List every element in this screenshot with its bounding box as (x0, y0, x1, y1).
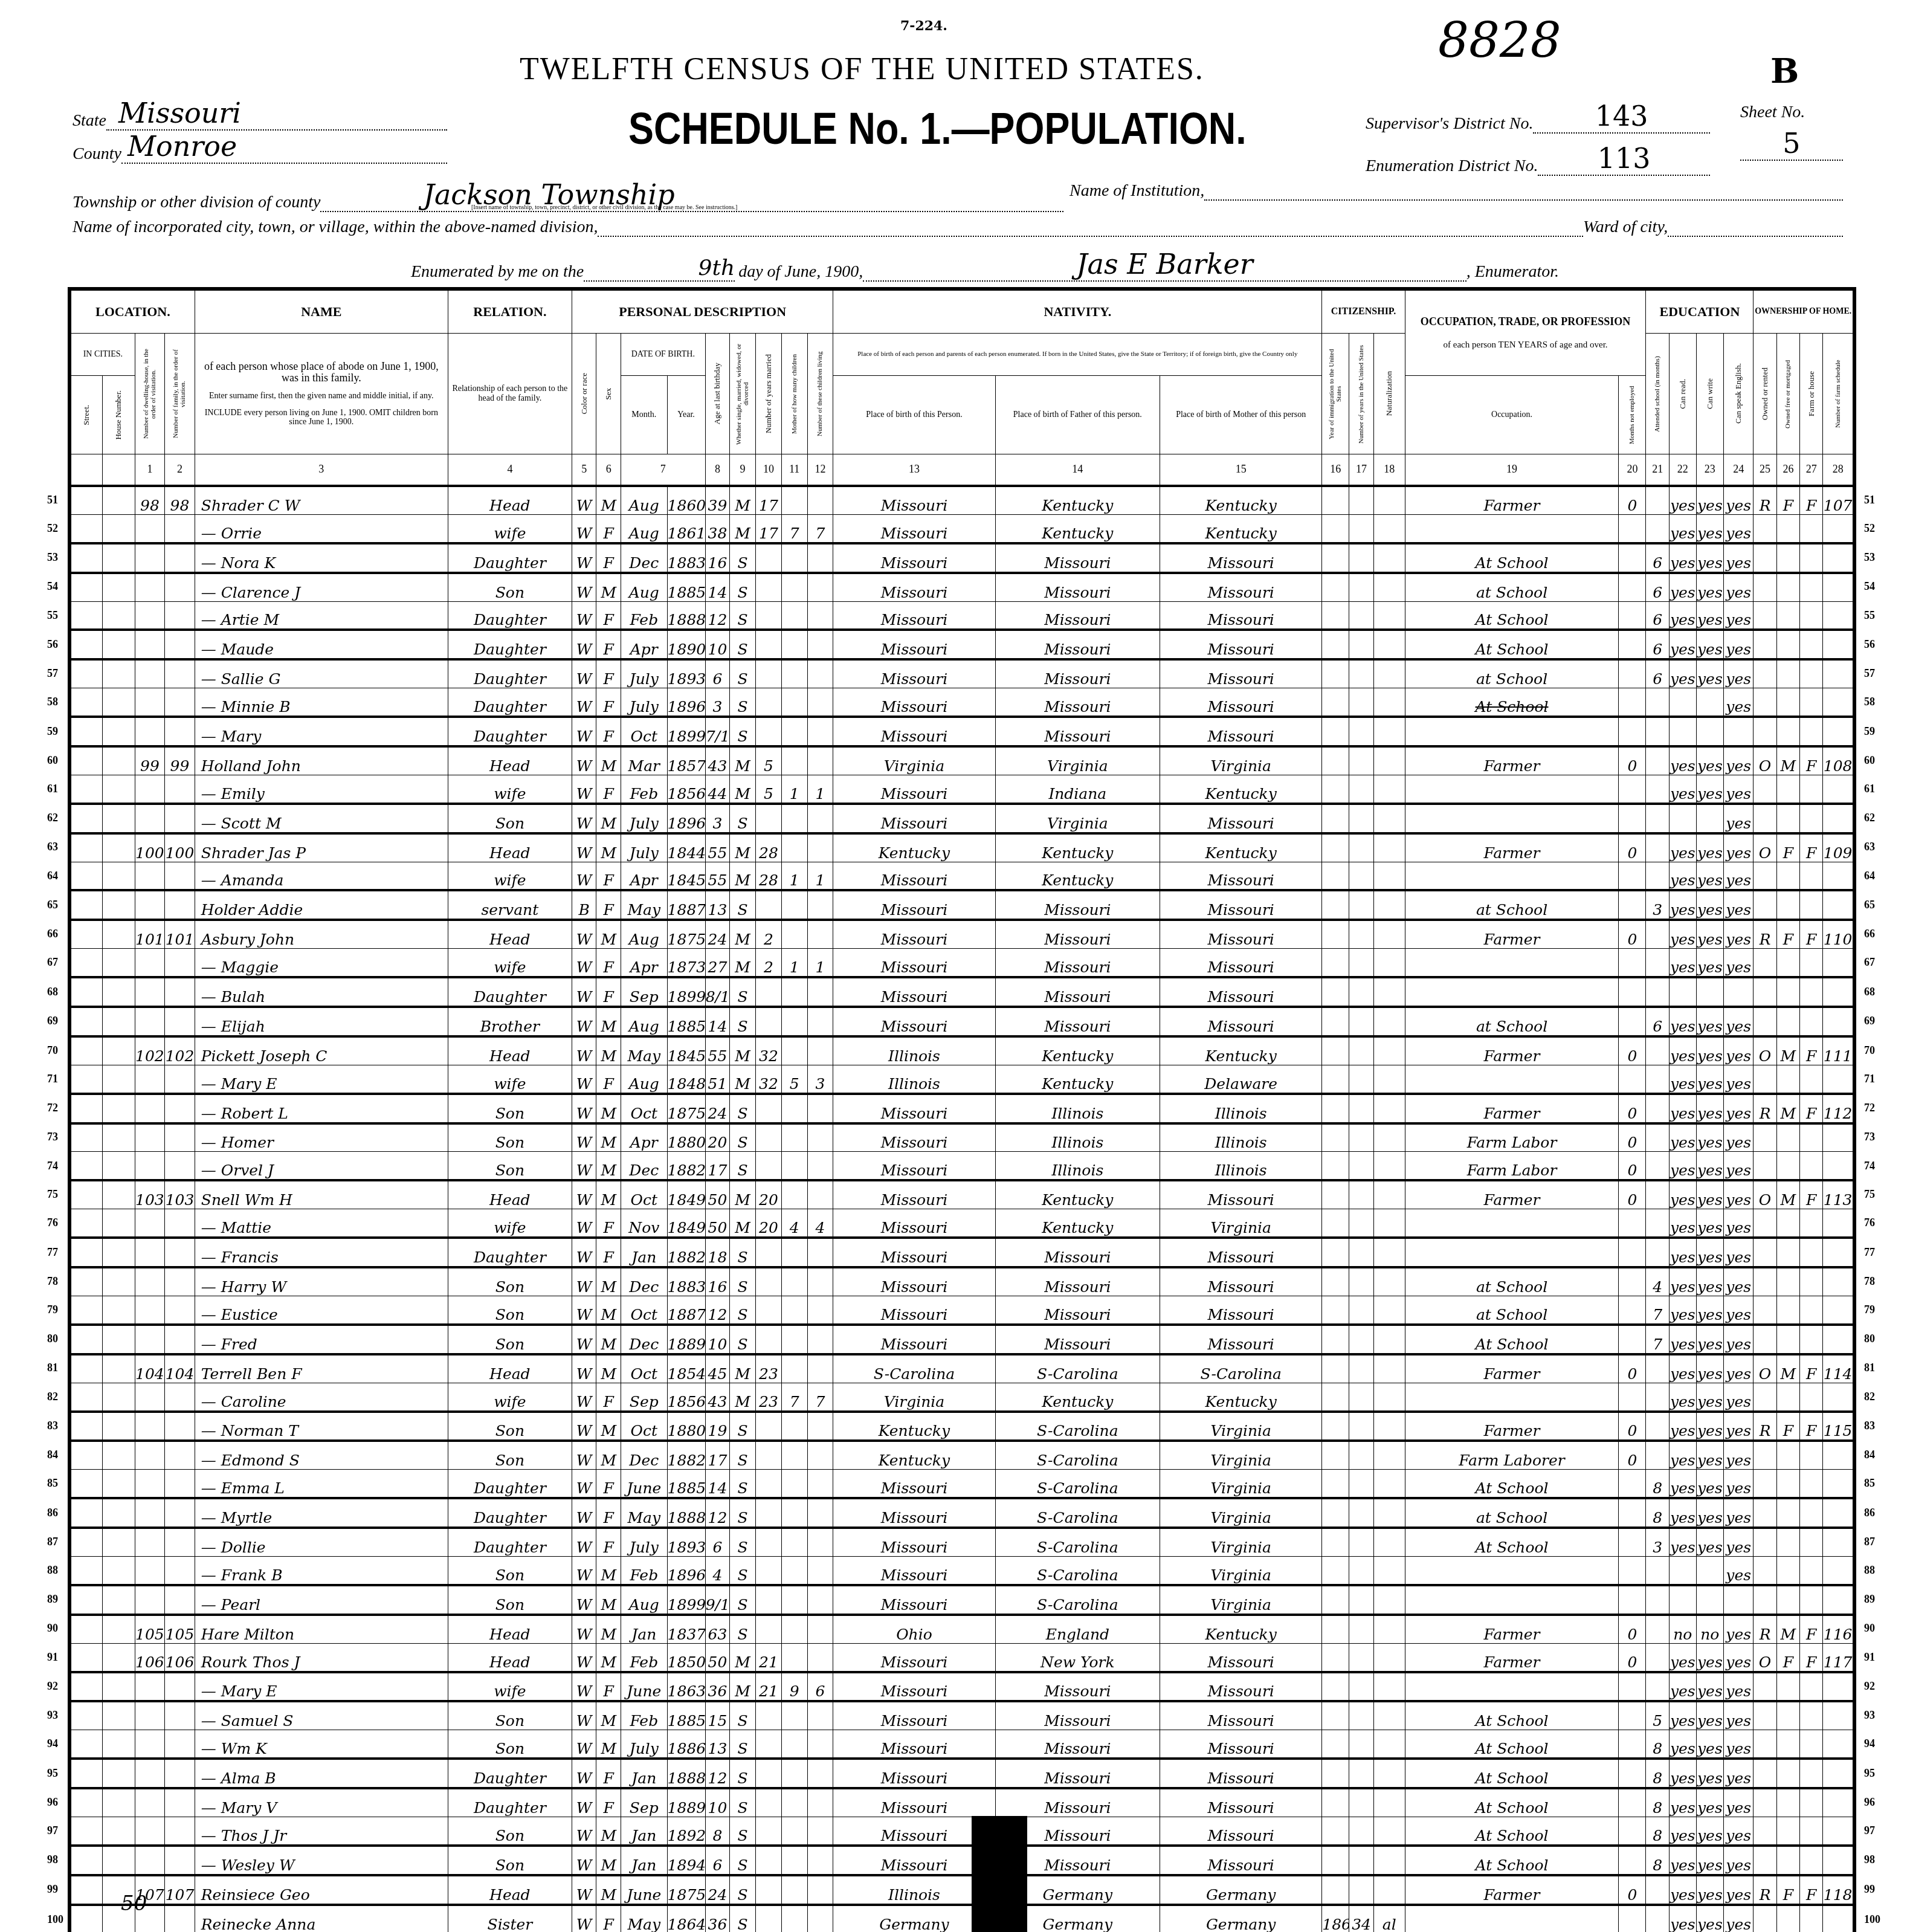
can-write-cell: yes (1696, 1383, 1723, 1411)
occupation-cell: Farmer (1405, 1036, 1619, 1065)
birthplace-father-cell: Kentucky (995, 486, 1160, 514)
months-in-school-cell: 8 (1646, 1846, 1669, 1875)
birthplace-person-cell: Kentucky (833, 1412, 995, 1441)
can-speak-english-cell: yes (1723, 1152, 1754, 1180)
house-number-cell (102, 1065, 135, 1093)
line-number: 74 (47, 1160, 58, 1172)
naturalization-cell (1373, 804, 1405, 833)
table-row: — Clarence JSonWMAug188514SMissouriMisso… (69, 573, 1854, 601)
table-row: — MattiewifeWFNov184950M2044MissouriKent… (69, 1209, 1854, 1238)
owned-rented-cell (1754, 1528, 1776, 1556)
age-cell: 16 (705, 543, 730, 573)
enumerator-name: Jas E Barker (863, 248, 1466, 282)
months-in-school-cell (1646, 862, 1669, 890)
owned-rented-cell (1754, 601, 1776, 630)
can-speak-english-cell: yes (1723, 1528, 1754, 1556)
can-speak-english-cell: yes (1723, 1065, 1754, 1093)
dwelling-number-cell: 103 (135, 1180, 165, 1209)
farm-schedule-number-cell: 116 (1823, 1615, 1854, 1643)
occupation-cell: At School (1405, 630, 1619, 659)
farm-schedule-number-cell (1823, 1556, 1854, 1585)
dwelling-number-cell (135, 1123, 165, 1152)
birthplace-mother-cell: Virginia (1160, 1441, 1322, 1469)
can-speak-english-cell: yes (1723, 543, 1754, 573)
person-name-cell: — Samuel S (195, 1701, 448, 1730)
line-number: 76 (47, 1216, 58, 1229)
birthplace-father-cell: Kentucky (995, 1036, 1160, 1065)
years-married-cell (756, 804, 782, 833)
naturalization-cell (1373, 1788, 1405, 1817)
birthplace-mother-cell: Missouri (1160, 1296, 1322, 1324)
line-number: 56 (47, 638, 58, 651)
age-cell: 14 (705, 1007, 730, 1036)
occupation-cell: Farmer (1405, 1615, 1619, 1643)
family-number-cell (165, 1788, 195, 1817)
years-in-us-cell (1349, 1441, 1374, 1469)
line-number: 75 (47, 1188, 58, 1201)
free-mortgaged-cell (1776, 688, 1799, 717)
farm-house-cell (1800, 659, 1823, 688)
naturalization-cell (1373, 573, 1405, 601)
person-name-cell: — Fred (195, 1325, 448, 1354)
line-number: 58 (1864, 696, 1875, 708)
occupation-cell (1405, 1383, 1619, 1411)
color-race-cell: W (572, 1905, 596, 1932)
person-name-cell: Pickett Joseph C (195, 1036, 448, 1065)
birth-month-cell: June (621, 1875, 667, 1905)
color-race-cell: W (572, 514, 596, 543)
occupation-cell (1405, 862, 1619, 890)
farm-house-cell (1800, 1238, 1823, 1267)
free-mortgaged-cell: F (1776, 486, 1799, 514)
immigration-year-cell (1322, 601, 1349, 630)
birth-month-cell: June (621, 1672, 667, 1702)
street-cell (69, 862, 102, 890)
free-mortgaged-cell: M (1776, 1036, 1799, 1065)
age-cell: 15 (705, 1701, 730, 1730)
birth-year-cell: 1875 (667, 1094, 705, 1123)
birthplace-mother-cell: Missouri (1160, 659, 1322, 688)
birth-month-cell: Aug (621, 1007, 667, 1036)
mother-of-children-cell (781, 746, 807, 775)
years-in-us-cell (1349, 1412, 1374, 1441)
months-in-school-cell (1646, 920, 1669, 948)
table-row: — Nora KDaughterWFDec188316SMissouriMiss… (69, 543, 1854, 573)
birthplace-father-cell: Missouri (995, 543, 1160, 573)
can-write-cell: yes (1696, 746, 1723, 775)
table-row: — Orvel JSonWMDec188217SMissouriIllinois… (69, 1152, 1854, 1180)
table-row: 105105Hare MiltonHeadWMJan183763SOhioEng… (69, 1615, 1854, 1643)
relation-cell: Son (448, 1123, 572, 1152)
age-cell: 43 (705, 1383, 730, 1411)
column-number (102, 454, 135, 486)
age-cell: 50 (705, 1209, 730, 1238)
children-living-cell (807, 1817, 833, 1845)
years-married-cell (756, 601, 782, 630)
can-write-cell: yes (1696, 775, 1723, 803)
marital-status-cell: S (730, 1528, 756, 1556)
birthplace-mother-cell: Kentucky (1160, 1615, 1322, 1643)
relation-cell: Son (448, 1585, 572, 1615)
line-number: 73 (1864, 1131, 1875, 1143)
color-race-cell: W (572, 1441, 596, 1469)
owned-rented-cell (1754, 1817, 1776, 1845)
can-read-cell: yes (1669, 486, 1696, 514)
occupation-cell: at School (1405, 659, 1619, 688)
years-in-us-cell (1349, 630, 1374, 659)
nativity-desc: Place of birth of each person and parent… (833, 334, 1322, 376)
children-living-cell (807, 543, 833, 573)
farm-house-cell (1800, 1817, 1823, 1845)
birth-month-cell: Aug (621, 1585, 667, 1615)
naturalization-cell (1373, 1354, 1405, 1383)
months-unemployed-cell (1619, 1296, 1646, 1324)
mother-of-children-cell (781, 890, 807, 920)
house-number-cell (102, 862, 135, 890)
marital-status-cell: S (730, 688, 756, 717)
age-cell: 16 (705, 1267, 730, 1296)
immigration-year-cell (1322, 486, 1349, 514)
birthplace-person-cell: Missouri (833, 514, 995, 543)
naturalization-cell (1373, 1470, 1405, 1498)
free-mortgaged-cell (1776, 1730, 1799, 1759)
farm-schedule-number-cell (1823, 1238, 1854, 1267)
color-race-cell: W (572, 1615, 596, 1643)
marital-status-cell: S (730, 1238, 756, 1267)
can-speak-english-cell: yes (1723, 1238, 1754, 1267)
naturalization-cell (1373, 486, 1405, 514)
street-cell (69, 514, 102, 543)
table-row: — MaudeDaughterWFApr189010SMissouriMisso… (69, 630, 1854, 659)
free-mortgaged-cell: F (1776, 1875, 1799, 1905)
can-write-cell: yes (1696, 573, 1723, 601)
farm-schedule-number-cell (1823, 601, 1854, 630)
years-married-cell (756, 1759, 782, 1788)
owned-rented-cell: R (1754, 486, 1776, 514)
can-write-header: Can write (1706, 378, 1714, 409)
age-cell: 36 (705, 1905, 730, 1932)
relation-cell: Head (448, 1875, 572, 1905)
can-write-cell: yes (1696, 1180, 1723, 1209)
birth-year-cell: 1890 (667, 630, 705, 659)
months-in-school-cell (1646, 1585, 1669, 1615)
person-name-cell: — Minnie B (195, 688, 448, 717)
dwelling-number-cell (135, 1788, 165, 1817)
children-living-cell (807, 1470, 833, 1498)
can-read-cell: yes (1669, 1383, 1696, 1411)
owned-rented-cell (1754, 1846, 1776, 1875)
relation-cell: Son (448, 1267, 572, 1296)
house-number-cell (102, 1528, 135, 1556)
birthplace-person-cell: Missouri (833, 1180, 995, 1209)
can-read-cell: yes (1669, 1036, 1696, 1065)
farm-schedule-number-cell (1823, 890, 1854, 920)
immigration-year-cell (1322, 1788, 1349, 1817)
naturalization-cell (1373, 775, 1405, 803)
dwelling-number-cell (135, 1498, 165, 1528)
years-married-cell: 17 (756, 486, 782, 514)
owned-rented-cell (1754, 630, 1776, 659)
page-mark: 50 (121, 1892, 147, 1916)
years-married-cell (756, 1846, 782, 1875)
can-write-cell: yes (1696, 1065, 1723, 1093)
birthplace-mother-cell: Kentucky (1160, 486, 1322, 514)
person-name-cell: Terrell Ben F (195, 1354, 448, 1383)
month-header: Month. (621, 376, 667, 454)
relation-cell: Head (448, 1036, 572, 1065)
dwelling-number-cell (135, 1267, 165, 1296)
children-living-cell (807, 1730, 833, 1759)
age-cell: 9/12 (705, 1585, 730, 1615)
can-speak-english-cell: yes (1723, 1470, 1754, 1498)
relation-cell: Daughter (448, 601, 572, 630)
years-married-cell (756, 1007, 782, 1036)
table-row: — Samuel SSonWMFeb188515SMissouriMissour… (69, 1701, 1854, 1730)
free-mortgaged-cell (1776, 977, 1799, 1007)
person-name-cell: — Dollie (195, 1528, 448, 1556)
color-race-cell: W (572, 1875, 596, 1905)
years-married-cell (756, 1701, 782, 1730)
mother-of-children-cell (781, 1846, 807, 1875)
can-speak-english-cell: yes (1723, 573, 1754, 601)
dwelling-number-cell (135, 1152, 165, 1180)
color-race-cell: W (572, 1470, 596, 1498)
free-mortgaged-cell (1776, 717, 1799, 746)
occupation-cell (1405, 804, 1619, 833)
relation-cell: Son (448, 1412, 572, 1441)
naturalization-cell (1373, 688, 1405, 717)
color-race-cell: W (572, 1065, 596, 1093)
birth-year-cell: 1856 (667, 1383, 705, 1411)
mother-of-children-cell (781, 1296, 807, 1324)
birthplace-father-cell: New York (995, 1643, 1160, 1672)
birthplace-mother-cell: Missouri (1160, 573, 1322, 601)
birth-year-cell: 1896 (667, 1556, 705, 1585)
line-number: 70 (1864, 1044, 1875, 1057)
line-number: 95 (1864, 1767, 1875, 1780)
street-cell (69, 949, 102, 977)
birthplace-father-cell: Missouri (995, 1267, 1160, 1296)
census-title: TWELFTH CENSUS OF THE UNITED STATES. (520, 51, 1204, 87)
can-read-cell: yes (1669, 543, 1696, 573)
birth-year-cell: 1863 (667, 1672, 705, 1702)
can-read-cell: yes (1669, 1209, 1696, 1238)
age-cell: 51 (705, 1065, 730, 1093)
family-number-cell (165, 717, 195, 746)
immigration-year-cell (1322, 920, 1349, 948)
street-cell (69, 1383, 102, 1411)
can-write-cell: yes (1696, 1470, 1723, 1498)
line-number: 67 (1864, 956, 1875, 969)
relation-cell: Daughter (448, 1788, 572, 1817)
months-in-school-cell (1646, 688, 1669, 717)
months-unemployed-cell (1619, 1238, 1646, 1267)
mother-of-children-cell (781, 573, 807, 601)
children-living-cell (807, 890, 833, 920)
sex-cell: M (596, 1180, 621, 1209)
street-cell (69, 1007, 102, 1036)
birthplace-father-cell: S-Carolina (995, 1470, 1160, 1498)
birthplace-person-cell: Missouri (833, 1817, 995, 1845)
can-read-cell (1669, 717, 1696, 746)
can-read-cell: yes (1669, 862, 1696, 890)
sex-cell: F (596, 977, 621, 1007)
line-number: 61 (47, 783, 58, 795)
immigration-year-cell (1322, 1470, 1349, 1498)
dwelling-number-cell (135, 1065, 165, 1093)
institution-value (1204, 183, 1843, 201)
owned-rented-cell (1754, 1470, 1776, 1498)
children-living-cell (807, 1875, 833, 1905)
birthplace-person-cell: Missouri (833, 862, 995, 890)
farm-house-cell (1800, 1123, 1823, 1152)
mother-of-children-cell (781, 1759, 807, 1788)
line-number: 83 (47, 1420, 58, 1432)
family-number-cell (165, 543, 195, 573)
birthplace-father-cell: Missouri (995, 1788, 1160, 1817)
color-race-cell: W (572, 1759, 596, 1788)
line-number: 52 (47, 522, 58, 535)
dwelling-number-cell (135, 1528, 165, 1556)
sex-cell: M (596, 1585, 621, 1615)
dwelling-header: Number of dwelling-house, in the order o… (143, 346, 157, 442)
family-number-cell (165, 1759, 195, 1788)
years-in-us-cell (1349, 1296, 1374, 1324)
occupation-cell (1405, 977, 1619, 1007)
years-in-us-cell (1349, 543, 1374, 573)
years-in-us-cell (1349, 659, 1374, 688)
can-read-cell: yes (1669, 1354, 1696, 1383)
family-number-cell: 105 (165, 1615, 195, 1643)
line-number: 72 (47, 1102, 58, 1114)
birth-month-cell: Oct (621, 717, 667, 746)
column-number: 10 (756, 454, 782, 486)
years-in-us-cell (1349, 1470, 1374, 1498)
birthplace-person-cell: Missouri (833, 1585, 995, 1615)
color-race-cell: W (572, 573, 596, 601)
marital-status-cell: M (730, 1672, 756, 1702)
birthplace-mother-cell: Virginia (1160, 1209, 1322, 1238)
can-write-cell: yes (1696, 1123, 1723, 1152)
years-married-cell (756, 1325, 782, 1354)
house-number-cell (102, 1180, 135, 1209)
line-number: 74 (1864, 1160, 1875, 1172)
house-number-cell (102, 1846, 135, 1875)
color-race-cell: W (572, 1036, 596, 1065)
birth-month-cell: Aug (621, 1065, 667, 1093)
years-married-cell (756, 1441, 782, 1469)
months-unemployed-cell: 0 (1619, 1180, 1646, 1209)
marital-status-cell: S (730, 1123, 756, 1152)
relation-cell: Sister (448, 1905, 572, 1932)
can-write-cell: yes (1696, 1817, 1723, 1845)
person-name-cell: — Edmond S (195, 1441, 448, 1469)
months-in-school-cell: 3 (1646, 890, 1669, 920)
birth-year-cell: 1882 (667, 1152, 705, 1180)
age-cell: 45 (705, 1354, 730, 1383)
family-number-cell: 100 (165, 833, 195, 862)
family-number-cell (165, 890, 195, 920)
years-married-cell (756, 1875, 782, 1905)
birth-month-cell: Oct (621, 1094, 667, 1123)
table-row: — Mary VDaughterWFSep188910SMissouriMiss… (69, 1788, 1854, 1817)
table-row: 104104Terrell Ben FHeadWMOct185445M23S-C… (69, 1354, 1854, 1383)
age-cell: 17 (705, 1441, 730, 1469)
line-number: 100 (1864, 1913, 1880, 1926)
can-speak-english-cell: yes (1723, 630, 1754, 659)
can-read-cell: yes (1669, 1730, 1696, 1759)
house-number-cell (102, 977, 135, 1007)
birth-month-cell: Oct (621, 1354, 667, 1383)
farm-house-cell (1800, 514, 1823, 543)
free-mortgaged-cell (1776, 601, 1799, 630)
birthplace-mother-cell: Missouri (1160, 1007, 1322, 1036)
marital-header: Whether single, married, widowed, or div… (735, 343, 750, 445)
can-speak-english-cell: yes (1723, 1383, 1754, 1411)
dwelling-number-cell (135, 1209, 165, 1238)
birth-month-cell: July (621, 1730, 667, 1759)
children-living-cell (807, 1788, 833, 1817)
line-number: 70 (47, 1044, 58, 1057)
children-living-cell (807, 1643, 833, 1672)
line-number: 98 (47, 1853, 58, 1866)
months-in-school-cell (1646, 1383, 1669, 1411)
dwelling-number-cell (135, 775, 165, 803)
can-write-cell: yes (1696, 1701, 1723, 1730)
person-name-cell: Reinsiece Geo (195, 1875, 448, 1905)
birth-year-cell: 1854 (667, 1354, 705, 1383)
farm-house-cell (1800, 1528, 1823, 1556)
family-number-cell (165, 1498, 195, 1528)
farm-house-cell (1800, 717, 1823, 746)
free-mortgaged-cell (1776, 890, 1799, 920)
line-number: 93 (47, 1709, 58, 1722)
street-cell (69, 1412, 102, 1441)
children-living-cell (807, 601, 833, 630)
birthplace-mother-cell: Missouri (1160, 804, 1322, 833)
sex-cell: M (596, 1875, 621, 1905)
table-row: — Scott MSonWMJuly18963SMissouriVirginia… (69, 804, 1854, 833)
age-cell: 50 (705, 1180, 730, 1209)
children-living-cell (807, 1615, 833, 1643)
months-in-school-cell (1646, 746, 1669, 775)
can-speak-english-cell: yes (1723, 920, 1754, 948)
occupation-group-title: OCCUPATION, TRADE, OR PROFESSION (1405, 316, 1646, 328)
relation-cell: wife (448, 1209, 572, 1238)
immigration-year-cell (1322, 1383, 1349, 1411)
table-row: — EmilywifeWFFeb185644M511MissouriIndian… (69, 775, 1854, 803)
years-in-us-cell (1349, 1585, 1374, 1615)
street-cell (69, 775, 102, 803)
owned-rented-cell (1754, 717, 1776, 746)
dwelling-number-cell (135, 514, 165, 543)
months-in-school-cell (1646, 717, 1669, 746)
line-number: 68 (1864, 986, 1875, 998)
birthplace-person-cell: Missouri (833, 920, 995, 948)
occupation-cell: Farmer (1405, 486, 1619, 514)
birthplace-mother-cell: Missouri (1160, 1672, 1322, 1702)
color-race-cell: W (572, 1094, 596, 1123)
years-married-cell: 23 (756, 1354, 782, 1383)
person-name-cell: Shrader Jas P (195, 833, 448, 862)
street-cell (69, 1905, 102, 1932)
farm-schedule-number-cell: 114 (1823, 1354, 1854, 1383)
house-number-cell (102, 1238, 135, 1267)
farm-schedule-number-cell: 109 (1823, 833, 1854, 862)
can-read-cell: yes (1669, 1152, 1696, 1180)
months-in-school-cell (1646, 1209, 1669, 1238)
can-speak-english-cell: yes (1723, 1672, 1754, 1702)
